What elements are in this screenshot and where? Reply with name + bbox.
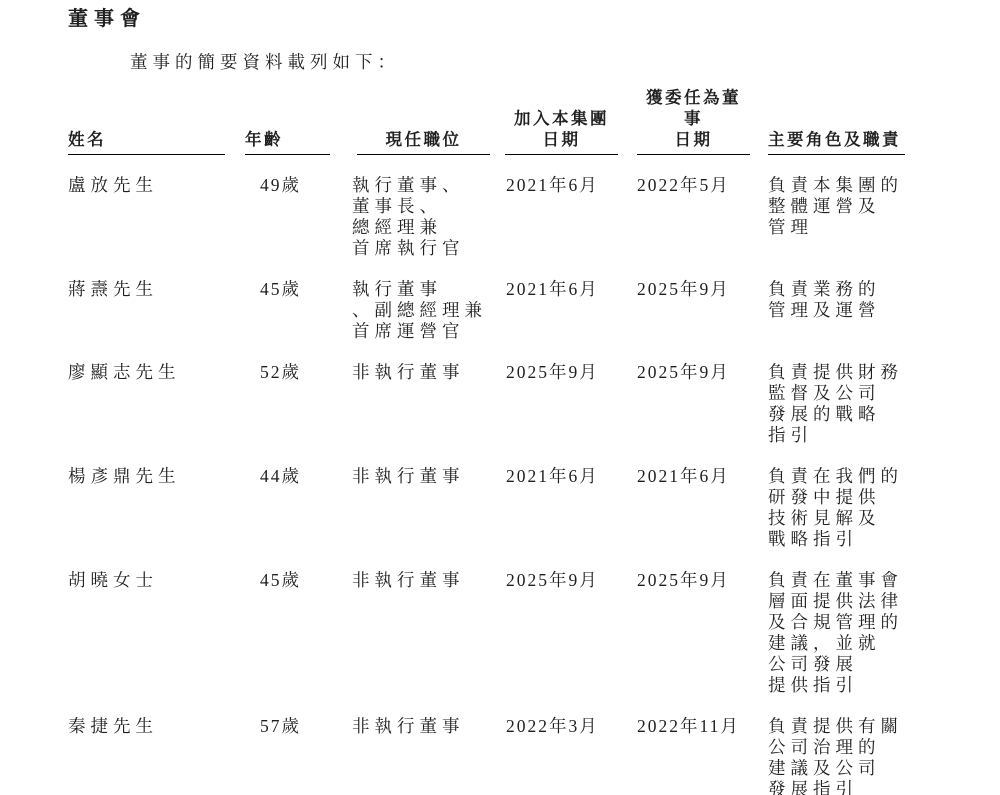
appointment-date: 2025年9月 (632, 259, 766, 342)
appointment-date: 2025年9月 (632, 342, 766, 446)
column-header-name: 姓名 (68, 129, 225, 155)
column-header-age: 年齡 (245, 129, 330, 155)
director-position: 執行董事 、副總經理兼 首席運營官 (348, 259, 500, 342)
column-header-position: 現任職位 (357, 129, 490, 155)
director-position: 非執行董事 (348, 446, 500, 550)
join-date: 2022年3月 (500, 696, 632, 795)
director-position: 非執行董事 (348, 550, 500, 696)
join-date: 2021年6月 (500, 259, 632, 342)
join-date: 2025年9月 (500, 550, 632, 696)
director-age: 45歲 (240, 550, 348, 696)
column-header-roles: 主要角色及職責 (768, 129, 905, 155)
director-name: 盧放先生 (68, 155, 240, 259)
roles-and-responsibilities: 負責本集團的 整體運營及 管理 (766, 155, 934, 259)
roles-and-responsibilities: 負責在我們的 研發中提供 技術見解及 戰略指引 (766, 446, 934, 550)
table-row: 秦捷先生 57歲 非執行董事 2022年3月 2022年11月 負責提供有關 公… (68, 696, 934, 795)
roles-and-responsibilities: 負責提供有關 公司治理的 建議及公司 發展指引 (766, 696, 934, 795)
column-header-join-date: 加入本集團 日期 (505, 108, 618, 155)
table-row: 蔣燾先生 45歲 執行董事 、副總經理兼 首席運營官 2021年6月 2025年… (68, 259, 934, 342)
join-date: 2021年6月 (500, 155, 632, 259)
director-name: 蔣燾先生 (68, 259, 240, 342)
board-of-directors-table: 姓名 年齡 現任職位 加入本集團 日期 獲委任為董事 日期 主要角色及職責 (68, 87, 934, 795)
intro-text: 董事的簡要資料載列如下： (130, 51, 980, 73)
roles-and-responsibilities: 負責提供財務 監督及公司 發展的戰略 指引 (766, 342, 934, 446)
roles-and-responsibilities: 負責業務的 管理及運營 (766, 259, 934, 342)
table-row: 胡曉女士 45歲 非執行董事 2025年9月 2025年9月 負責在董事會 層面… (68, 550, 934, 696)
table-row: 楊彥鼎先生 44歲 非執行董事 2021年6月 2021年6月 負責在我們的 研… (68, 446, 934, 550)
director-name: 廖顯志先生 (68, 342, 240, 446)
director-position: 執行董事、 董事長、 總經理兼 首席執行官 (348, 155, 500, 259)
director-name: 胡曉女士 (68, 550, 240, 696)
appointment-date: 2021年6月 (632, 446, 766, 550)
table-body: 盧放先生 49歲 執行董事、 董事長、 總經理兼 首席執行官 2021年6月 2… (68, 155, 934, 795)
director-age: 57歲 (240, 696, 348, 795)
table-row: 盧放先生 49歲 執行董事、 董事長、 總經理兼 首席執行官 2021年6月 2… (68, 155, 934, 259)
director-age: 44歲 (240, 446, 348, 550)
director-age: 45歲 (240, 259, 348, 342)
director-name: 楊彥鼎先生 (68, 446, 240, 550)
appointment-date: 2025年9月 (632, 550, 766, 696)
appointment-date: 2022年5月 (632, 155, 766, 259)
table-header-row: 姓名 年齡 現任職位 加入本集團 日期 獲委任為董事 日期 主要角色及職責 (68, 87, 934, 155)
document-page: 董事會 董事的簡要資料載列如下： 姓名 年齡 現任職位 加入本集團 日期 (0, 0, 1000, 795)
director-position: 非執行董事 (348, 696, 500, 795)
table-row: 廖顯志先生 52歲 非執行董事 2025年9月 2025年9月 負責提供財務 監… (68, 342, 934, 446)
join-date: 2025年9月 (500, 342, 632, 446)
director-name: 秦捷先生 (68, 696, 240, 795)
join-date: 2021年6月 (500, 446, 632, 550)
column-header-appointment-date: 獲委任為董事 日期 (637, 87, 750, 155)
director-age: 52歲 (240, 342, 348, 446)
appointment-date: 2022年11月 (632, 696, 766, 795)
director-position: 非執行董事 (348, 342, 500, 446)
section-title: 董事會 (68, 7, 980, 31)
roles-and-responsibilities: 負責在董事會 層面提供法律 及合規管理的 建議，並就 公司發展 提供指引 (766, 550, 934, 696)
director-age: 49歲 (240, 155, 348, 259)
